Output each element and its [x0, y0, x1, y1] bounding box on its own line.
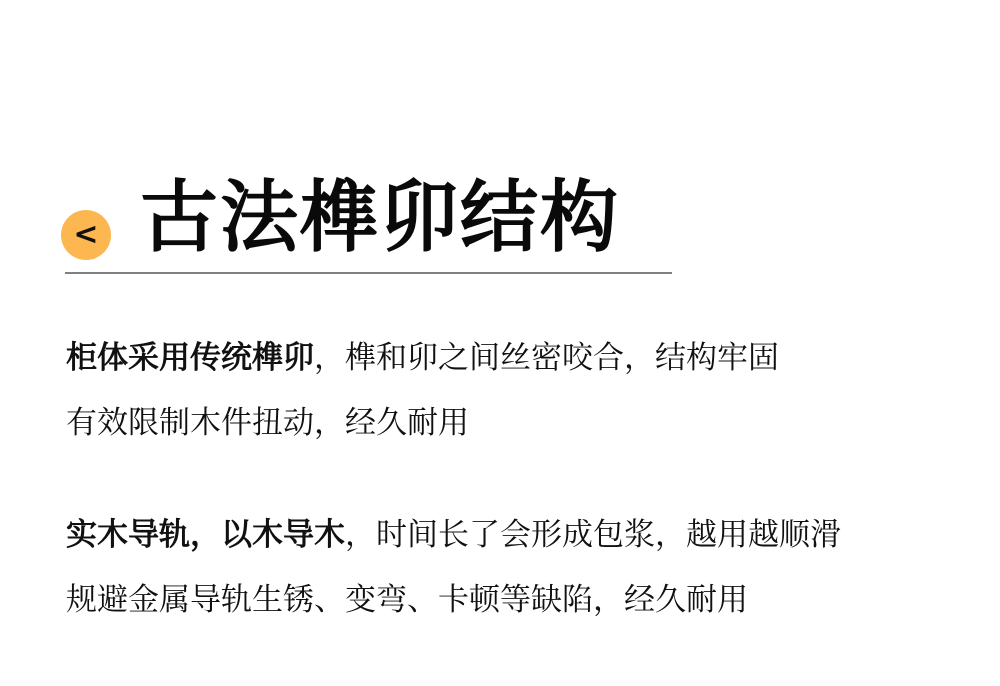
paragraph-1-line-1: 柜体采用传统榫卯，榫和卯之间丝密咬合，结构牢固 [66, 338, 779, 378]
chevron-left-icon: < [61, 210, 111, 260]
paragraph-2-highlight: 实木导轨，以木导木 [66, 517, 345, 553]
paragraph-2-line-1: 实木导轨，以木导木，时间长了会形成包浆，越用越顺滑 [66, 515, 841, 555]
paragraph-1-text: ，榫和卯之间丝密咬合，结构牢固 [314, 340, 779, 376]
paragraph-2-line-2: 规避金属导轨生锈、变弯、卡顿等缺陷，经久耐用 [66, 580, 748, 620]
page-title: 古法榫卯结构 [140, 168, 620, 268]
paragraph-1-line-2: 有效限制木件扭动，经久耐用 [66, 403, 469, 443]
paragraph-2-text: ，时间长了会形成包浆，越用越顺滑 [345, 517, 841, 553]
title-divider [65, 272, 672, 274]
paragraph-1-highlight: 柜体采用传统榫卯 [66, 340, 314, 376]
